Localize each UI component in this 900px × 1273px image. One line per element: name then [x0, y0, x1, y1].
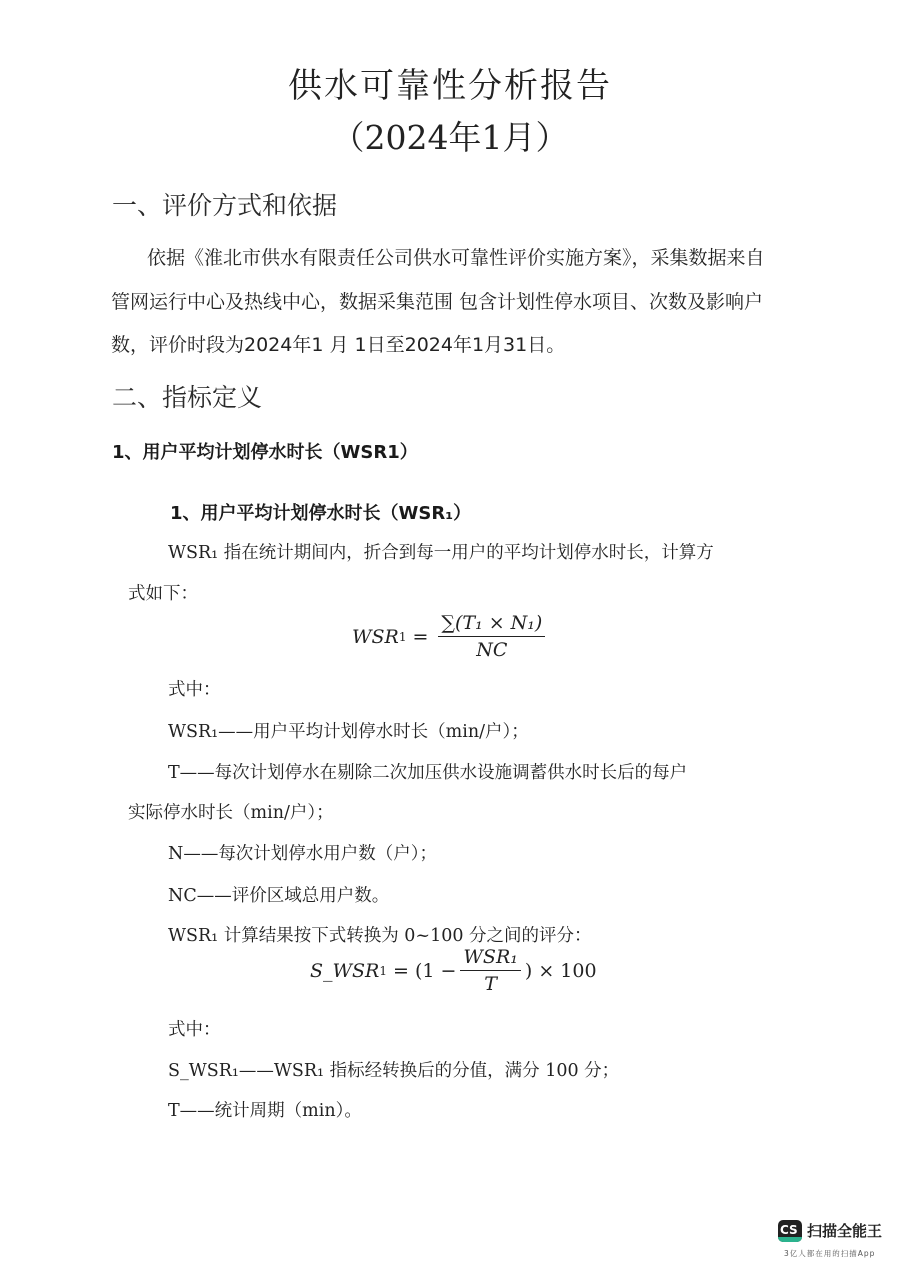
- formula2-lhs: S_WSR: [310, 960, 379, 982]
- formula-wsr1: WSR1 = ∑(T₁ × N₁) NC: [352, 612, 549, 661]
- formula-fraction: ∑(T₁ × N₁) NC: [438, 612, 545, 661]
- formula-numerator: ∑(T₁ × N₁): [438, 612, 545, 637]
- section1-line-2: 管网运行中心及热线中心，数据采集范围 包含计划性停水项目、次数及影响户: [111, 287, 763, 314]
- definition-t-line1: T——每次计划停水在剔除二次加压供水设施调蓄供水时长后的每户: [168, 759, 687, 784]
- definition-t-period: T——统计周期（min）。: [168, 1097, 362, 1122]
- definition-s-wsr1: S_WSR₁——WSR₁ 指标经转换后的分值，满分 100 分；: [168, 1057, 619, 1082]
- conversion-text: WSR₁ 计算结果按下式转换为 0~100 分之间的评分：: [168, 922, 592, 947]
- section1-line-3: 数，评价时段为2024年1 月 1日至2024年1月31日。: [111, 330, 565, 357]
- section2-subheading: 1、用户平均计划停水时长（WSR1）: [112, 438, 418, 464]
- definition-t-line2: 实际停水时长（min/户）；: [128, 799, 334, 824]
- report-period: （2024年1月）: [0, 112, 900, 159]
- watermark-app-name: 扫描全能王: [807, 1220, 882, 1241]
- section1-heading: 一、评价方式和依据: [112, 186, 337, 222]
- watermark-tagline: 3亿人都在用的扫描App: [784, 1248, 875, 1259]
- formula2-lhs-sub: 1: [379, 964, 387, 978]
- equals-sign: =: [413, 626, 429, 648]
- section1-line-1: 依据《淮北市供水有限责任公司供水可靠性评价实施方案》，采集数据来自: [147, 243, 765, 270]
- formula2-fraction: WSR₁ T: [460, 946, 520, 995]
- formula-denominator: NC: [476, 637, 507, 661]
- equals-sign-2: =: [393, 960, 409, 982]
- camscanner-watermark: CS 扫描全能王 3亿人都在用的扫描App: [778, 1218, 893, 1266]
- formula-lhs-sub: 1: [399, 630, 407, 644]
- definition-n: N——每次计划停水用户数（户）；: [168, 840, 437, 865]
- definition-wsr1: WSR₁——用户平均计划停水时长（min/户）；: [168, 718, 529, 743]
- intro-line-2: 式如下：: [128, 580, 198, 605]
- where-label-2: 式中：: [168, 1016, 221, 1041]
- formula2-suffix: ) × 100: [525, 960, 597, 982]
- formula2-denominator: T: [484, 971, 497, 995]
- intro-line-1: WSR₁ 指在统计期间内，折合到每一用户的平均计划停水时长，计算方: [168, 539, 714, 564]
- metric-heading: 1、用户平均计划停水时长（WSR₁）: [170, 499, 471, 525]
- where-label: 式中：: [168, 676, 221, 701]
- camscanner-logo-icon: CS: [778, 1220, 802, 1242]
- definition-nc: NC——评价区域总用户数。: [168, 882, 389, 907]
- formula2-prefix: (1 −: [415, 960, 456, 982]
- section2-heading: 二、指标定义: [112, 378, 262, 414]
- formula2-numerator: WSR₁: [460, 946, 520, 971]
- report-title: 供水可靠性分析报告: [0, 58, 900, 107]
- logo-text: CS: [780, 1223, 798, 1237]
- formula-lhs: WSR: [352, 626, 399, 648]
- formula-score: S_WSR1 = (1 − WSR₁ T ) × 100: [310, 946, 597, 995]
